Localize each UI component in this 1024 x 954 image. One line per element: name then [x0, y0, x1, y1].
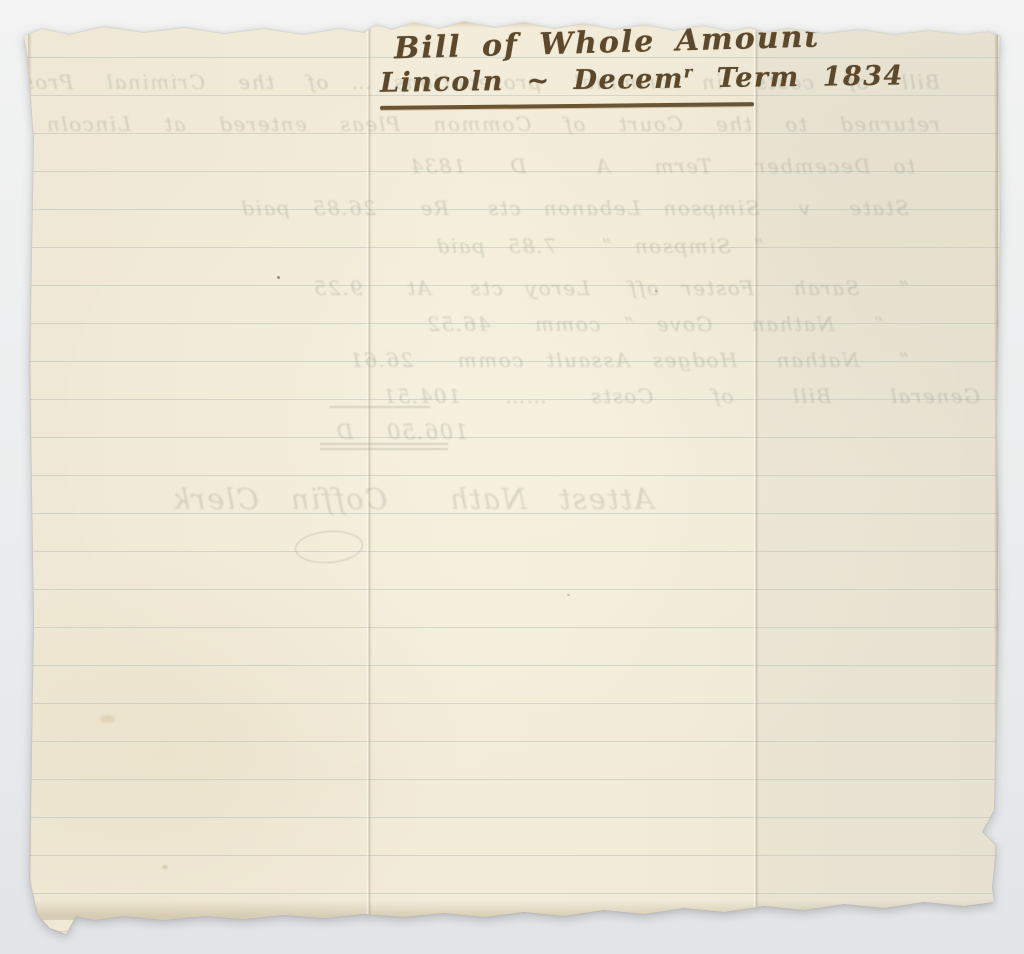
foxing-speck: [567, 594, 570, 596]
torn-top-edge: [24, 20, 1000, 28]
bleedthrough-underline: [330, 406, 430, 408]
title-line-2-pre: Lincoln ~ Decem: [380, 64, 684, 99]
scanned-document: Bill of costs in criminal prosecutions ……: [0, 0, 1024, 954]
paper-sheet: Bill of costs in criminal prosecutions ……: [24, 20, 1000, 938]
document-title-line-2: Lincoln ~ Decemr Term 1834: [380, 61, 776, 99]
torn-bottom-edge: [24, 900, 1000, 920]
bleedthrough-line: to December Term A D 1834: [60, 154, 915, 178]
bleedthrough-line: ” Sarah Foster off Leroy cts At 9.25: [64, 276, 909, 300]
title-line-2-post: Term 1834: [694, 60, 904, 94]
bleedthrough-line: General Bill of Costs …… 104.51: [50, 384, 980, 408]
bleedthrough-line: 106.50 D: [318, 420, 468, 444]
right-edge-shading: [994, 34, 998, 894]
bleedthrough-signature: Attest Nath Coffin Clerk: [164, 482, 654, 516]
foxing-speck: [655, 290, 657, 292]
bleedthrough-line: ” Nathan Hodges Assault comm 26.61: [64, 348, 909, 372]
left-edge-shading: [28, 34, 32, 914]
foxing-speck: [277, 276, 280, 279]
foxing-speck: [162, 865, 168, 869]
bleedthrough-double-underline: [320, 448, 448, 450]
bleedthrough-line: ” Nathan Gove ” comm 46.52: [64, 312, 884, 336]
bleedthrough-line: ” Simpson ” 7.85 paid: [64, 234, 764, 258]
bleedthrough-double-underline: [320, 443, 448, 445]
paper-shadow-wrap: Bill of costs in criminal prosecutions ……: [24, 20, 1000, 938]
title-line-2-superscript: r: [684, 62, 694, 81]
bleedthrough-line: returned to the Court of Common Pleas en…: [60, 112, 940, 136]
foxing-speck: [100, 715, 115, 723]
bleedthrough-line: State v Simpson Lebanon cts Re 26.85 pai…: [64, 196, 909, 220]
